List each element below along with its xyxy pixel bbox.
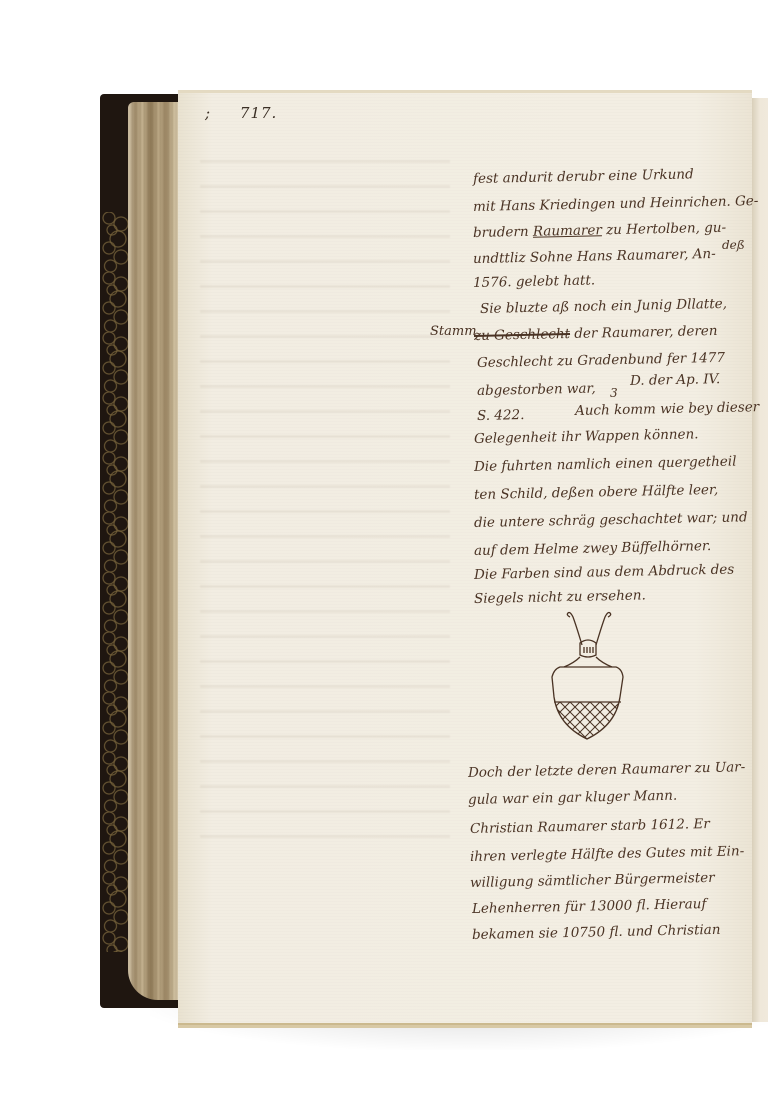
left-horn: [567, 613, 582, 646]
text-fragment: zu Hertolben, gu-: [602, 220, 727, 239]
right-horn: [596, 613, 611, 646]
superscript-insertion: 3: [610, 386, 618, 400]
text-line: Auch komm wie bey dieser: [575, 396, 760, 422]
text-line: gula war ein gar kluger Mann.: [468, 785, 678, 811]
superscript-insertion: deß: [722, 238, 745, 252]
page-number-prefix: ;: [205, 104, 211, 122]
page-number: ; 717.: [205, 104, 277, 122]
page-number-value: 717.: [240, 104, 277, 122]
underlined-name: Raumarer: [533, 222, 602, 239]
text-line: abgestorben war,: [477, 378, 596, 402]
cross-hatching: [540, 702, 650, 752]
date-note: D. der Ap. IV.: [630, 368, 721, 392]
adjacent-page: [750, 98, 768, 1022]
date-note-2: S. 422.: [477, 404, 525, 427]
page-block-edge: [128, 102, 184, 1000]
marbled-cover-pattern: [100, 212, 130, 952]
text-fragment: der Raumarer, deren: [574, 323, 718, 342]
margin-note: Stamm: [430, 324, 477, 339]
text-line: Gelegenheit ihr Wappen können.: [474, 423, 699, 450]
text-line: 1576. gelebt hatt.: [473, 269, 596, 294]
bleed-through-text: [200, 160, 450, 860]
coat-of-arms-illustration: [540, 605, 650, 755]
shield-outline: [552, 667, 623, 739]
struck-text: zu Geschlecht: [474, 326, 570, 344]
text-fragment: brudern: [473, 224, 533, 241]
manuscript-photo: ; 717. fest andurit derubr eine Urkund m…: [0, 0, 768, 1115]
text-line: fest andurit derubr eine Urkund: [473, 163, 694, 190]
